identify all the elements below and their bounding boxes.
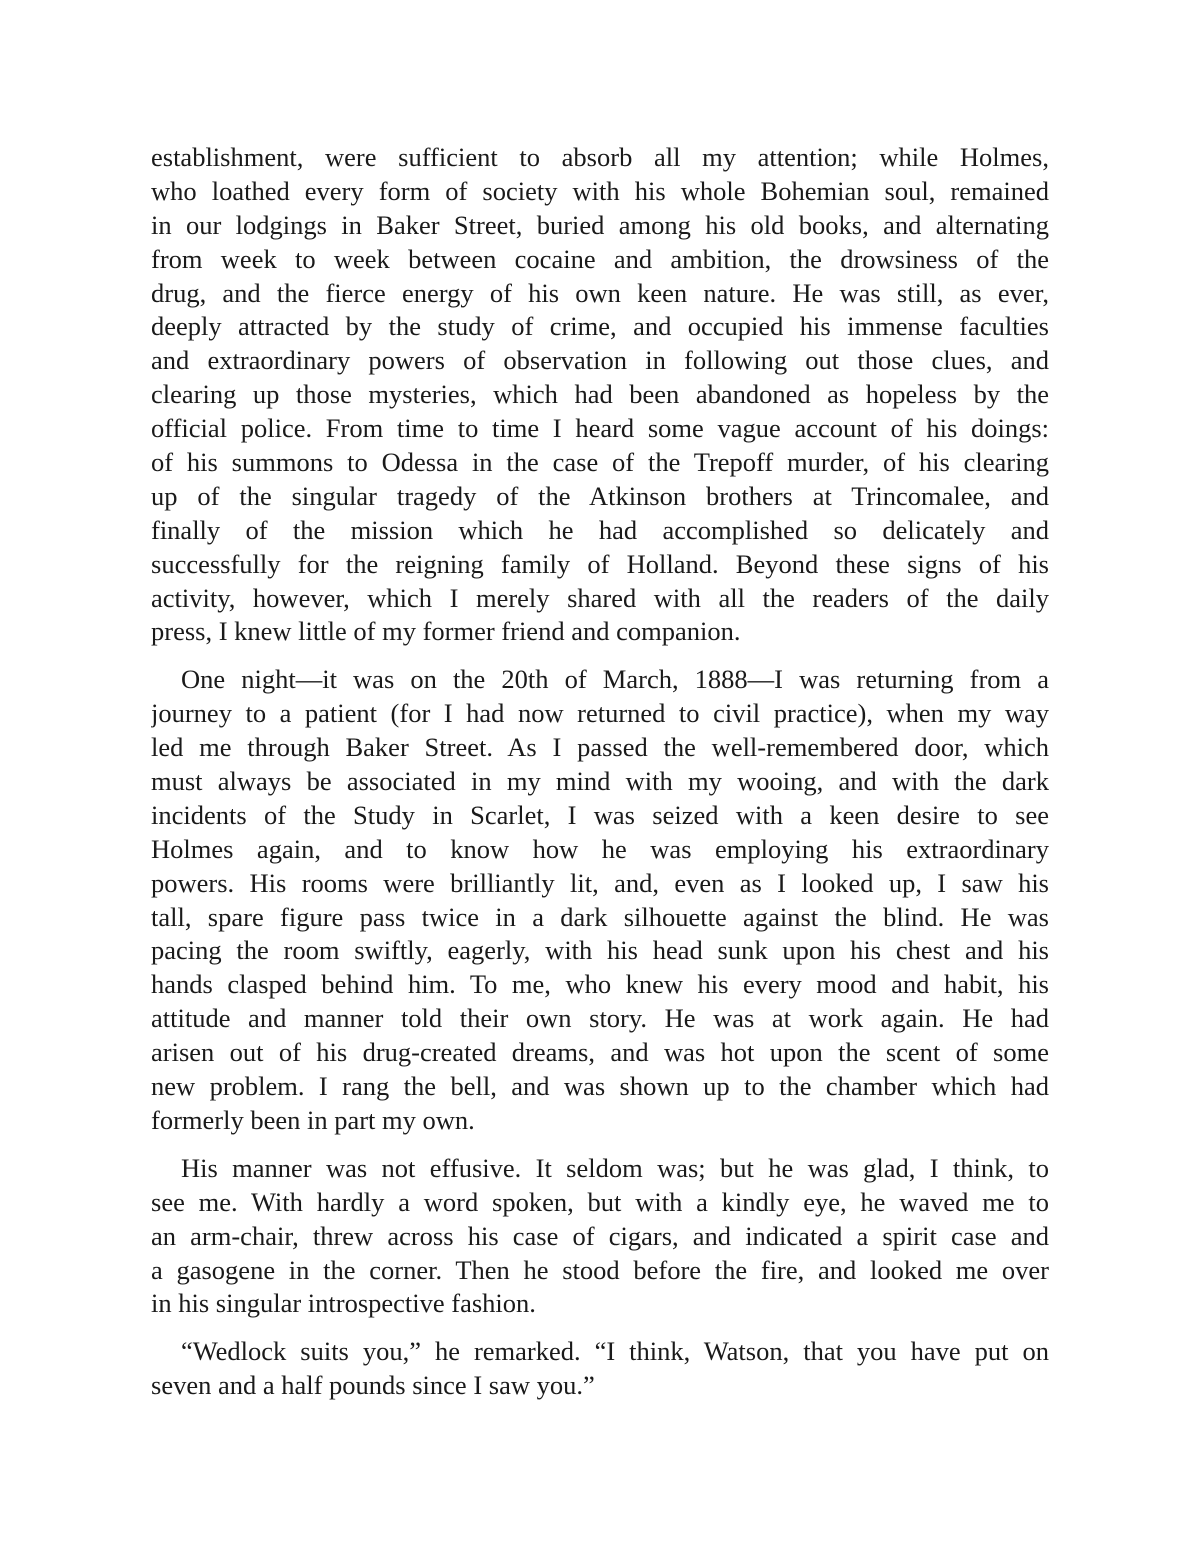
text-line: Holmes again, and to know how he was emp… [151, 833, 1049, 867]
text-line: deeply attracted by the study of crime, … [151, 310, 1049, 344]
text-line: hands clasped behind him. To me, who kne… [151, 968, 1049, 1002]
text-line: see me. With hardly a word spoken, but w… [151, 1186, 1049, 1220]
text-line: pacing the room swiftly, eagerly, with h… [151, 934, 1049, 968]
paragraph-4: “Wedlock suits you,” he remarked. “I thi… [151, 1335, 1049, 1403]
text-line: and extraordinary powers of observation … [151, 344, 1049, 378]
text-line: successfully for the reigning family of … [151, 548, 1049, 582]
text-line: led me through Baker Street. As I passed… [151, 731, 1049, 765]
text-line: in his singular introspective fashion. [151, 1287, 1049, 1321]
text-line: from week to week between cocaine and am… [151, 243, 1049, 277]
text-line: powers. His rooms were brilliantly lit, … [151, 867, 1049, 901]
text-line: drug, and the fierce energy of his own k… [151, 277, 1049, 311]
text-line: new problem. I rang the bell, and was sh… [151, 1070, 1049, 1104]
text-line: who loathed every form of society with h… [151, 175, 1049, 209]
document-page: establishment, were sufficient to absorb… [151, 141, 1049, 1417]
text-line: tall, spare figure pass twice in a dark … [151, 901, 1049, 935]
text-line: establishment, were sufficient to absorb… [151, 141, 1049, 175]
text-line: His manner was not effusive. It seldom w… [151, 1152, 1049, 1186]
text-line: up of the singular tragedy of the Atkins… [151, 480, 1049, 514]
text-line: official police. From time to time I hea… [151, 412, 1049, 446]
text-line: activity, however, which I merely shared… [151, 582, 1049, 616]
text-line: in our lodgings in Baker Street, buried … [151, 209, 1049, 243]
text-line: seven and a half pounds since I saw you.… [151, 1369, 1049, 1403]
text-line: press, I knew little of my former friend… [151, 615, 1049, 649]
text-line: attitude and manner told their own story… [151, 1002, 1049, 1036]
text-line: journey to a patient (for I had now retu… [151, 697, 1049, 731]
text-line: clearing up those mysteries, which had b… [151, 378, 1049, 412]
text-line: formerly been in part my own. [151, 1104, 1049, 1138]
text-line: incidents of the Study in Scarlet, I was… [151, 799, 1049, 833]
text-line: finally of the mission which he had acco… [151, 514, 1049, 548]
text-line: a gasogene in the corner. Then he stood … [151, 1254, 1049, 1288]
text-line: arisen out of his drug-created dreams, a… [151, 1036, 1049, 1070]
text-line: must always be associated in my mind wit… [151, 765, 1049, 799]
paragraph-1: establishment, were sufficient to absorb… [151, 141, 1049, 649]
paragraph-3: His manner was not effusive. It seldom w… [151, 1152, 1049, 1321]
text-line: One night—it was on the 20th of March, 1… [151, 663, 1049, 697]
text-line: an arm-chair, threw across his case of c… [151, 1220, 1049, 1254]
text-line: “Wedlock suits you,” he remarked. “I thi… [151, 1335, 1049, 1369]
text-line: of his summons to Odessa in the case of … [151, 446, 1049, 480]
paragraph-2: One night—it was on the 20th of March, 1… [151, 663, 1049, 1137]
